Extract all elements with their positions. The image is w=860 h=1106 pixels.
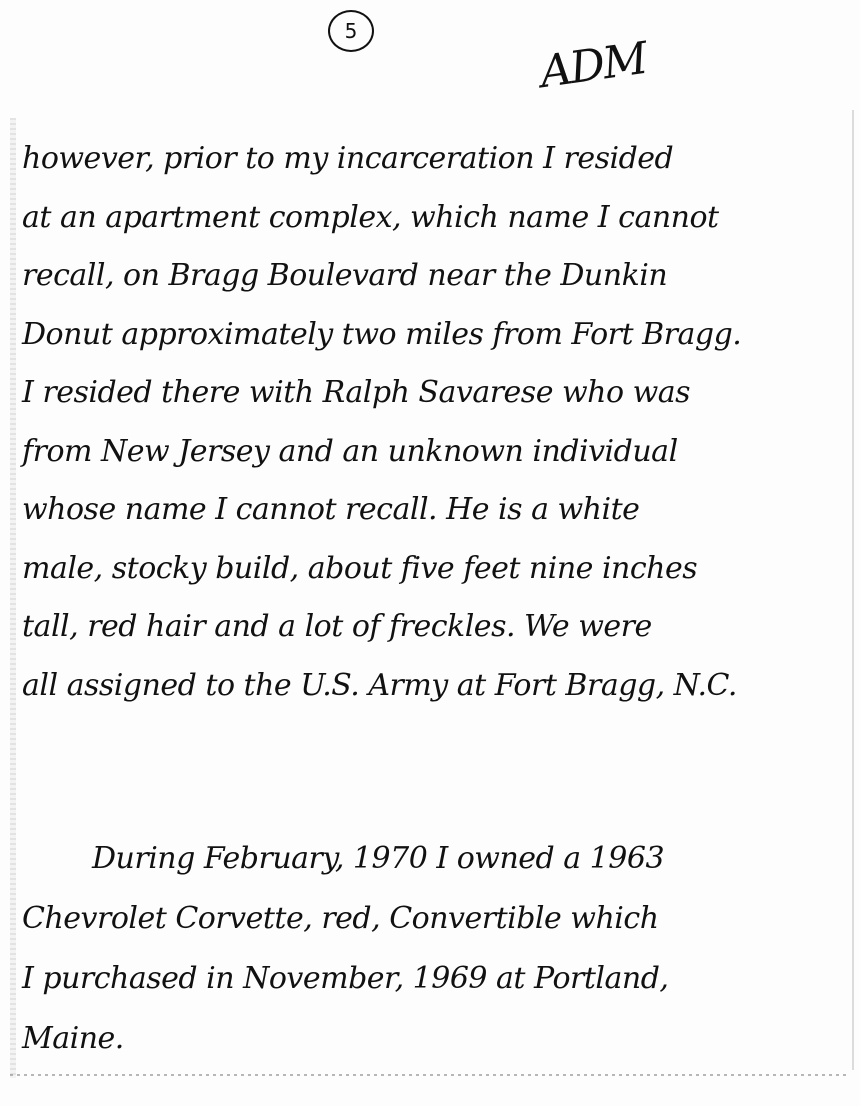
scanned-page: 5 ADM however, prior to my incarceration…	[0, 0, 860, 1106]
text-line: from New Jersey and an unknown individua…	[22, 423, 842, 482]
text-line: recall, on Bragg Boulevard near the Dunk…	[22, 247, 842, 306]
text-line: Maine.	[22, 1010, 842, 1070]
text-line: I resided there with Ralph Savarese who …	[22, 364, 842, 423]
page-number-text: 5	[345, 19, 358, 43]
scan-edge-bottom	[10, 1074, 850, 1076]
text-line: male, stocky build, about five feet nine…	[22, 540, 842, 599]
circled-page-number: 5	[328, 10, 374, 52]
text-line: all assigned to the U.S. Army at Fort Br…	[22, 657, 842, 716]
text-line: I purchased in November, 1969 at Portlan…	[22, 950, 842, 1010]
text-line: During February, 1970 I owned a 1963	[22, 830, 842, 890]
text-line: Donut approximately two miles from Fort …	[22, 306, 842, 365]
text-line: however, prior to my incarceration I res…	[22, 130, 842, 189]
text-line: whose name I cannot recall. He is a whit…	[22, 481, 842, 540]
scan-edge-right	[852, 110, 854, 1070]
paragraph-1: however, prior to my incarceration I res…	[22, 130, 842, 715]
paragraph-2: During February, 1970 I owned a 1963 Che…	[22, 830, 842, 1070]
text-line: tall, red hair and a lot of freckles. We…	[22, 598, 842, 657]
scan-edge-left	[10, 118, 16, 1078]
text-line: Chevrolet Corvette, red, Convertible whi…	[22, 890, 842, 950]
handwritten-initials: ADM	[537, 33, 649, 98]
text-line: at an apartment complex, which name I ca…	[22, 189, 842, 248]
